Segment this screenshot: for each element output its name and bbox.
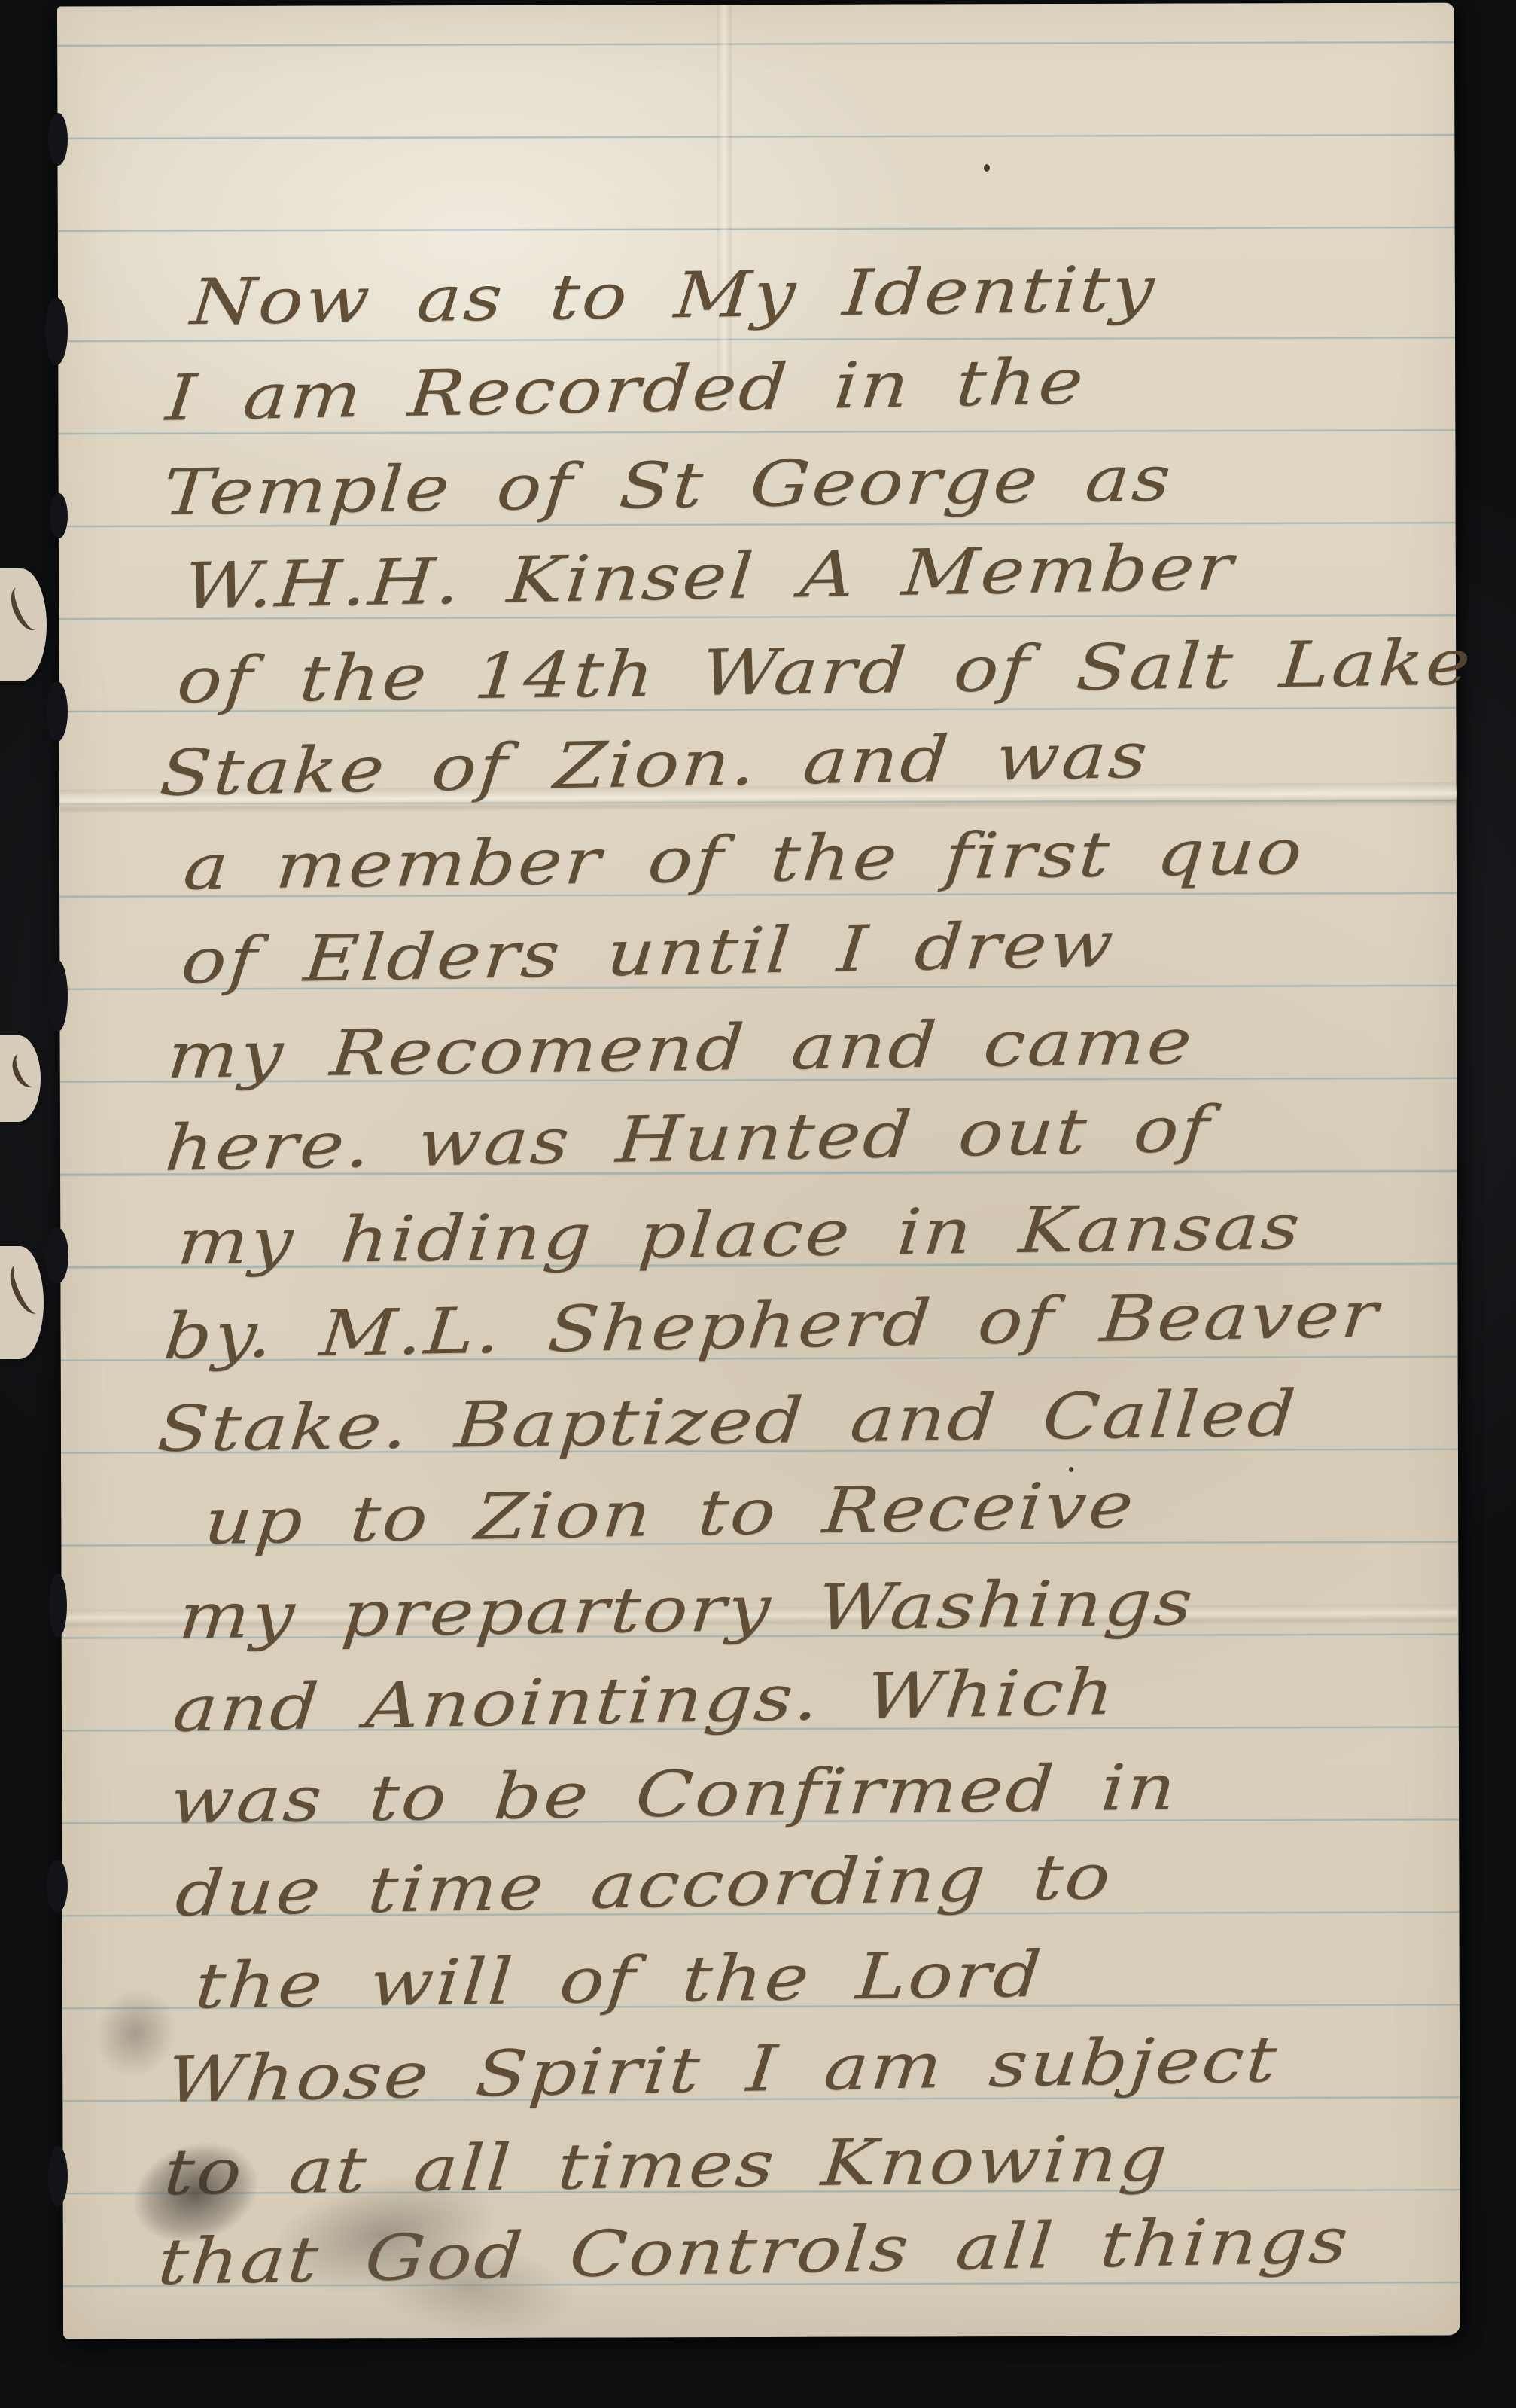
letter-line-12: by. M.L. Shepherd of Beaver (162, 1282, 1382, 1368)
letter-line-4: W.H.H. Kinsel A Member (181, 535, 1237, 618)
ink-speck (984, 164, 990, 172)
letter-line-22: that God Controls all things (156, 2208, 1353, 2294)
letter-line-5: of the 14th Ward of Salt Lake (175, 630, 1475, 712)
letter-line-1: Now as to My Identity (189, 257, 1159, 334)
ink-speck (1069, 1467, 1073, 1472)
letter-line-16: and Anointings. Which (171, 1660, 1119, 1741)
letter-line-14: up to Zion to Receive (202, 1473, 1138, 1553)
letter-line-18: due time according to (173, 1845, 1115, 1925)
letter-line-19: the will of the Lord (193, 1943, 1046, 2018)
letter-text: Now as to My Identity I am Recorded in t… (0, 0, 1516, 2408)
letter-line-20: Whose Spirit I am subject (165, 2028, 1281, 2111)
letter-line-7: a member of the first quo (181, 820, 1306, 899)
letter-line-21: to at all times Knowing (162, 2126, 1171, 2204)
letter-line-15: my prepartory Washings (177, 1571, 1197, 1648)
letter-line-13: Stake. Baptized and Called (156, 1382, 1300, 1461)
letter-line-6: Stake of Zion. and was (157, 724, 1152, 805)
letter-line-8: of Elders until I drew (179, 913, 1118, 993)
letter-line-3: Temple of St George as (161, 447, 1175, 524)
letter-line-9: my Recomend and came (166, 1010, 1196, 1087)
letter-line-10: here. was Hunted out of (163, 1097, 1213, 1180)
letter-line-2: I am Recorded in the (163, 349, 1088, 430)
letter-line-11: my hiding place in Kansas (175, 1195, 1304, 1274)
letter-line-17: was to be Confirmed in (168, 1755, 1180, 1833)
photo-backdrop: Now as to My Identity I am Recorded in t… (0, 0, 1516, 2408)
